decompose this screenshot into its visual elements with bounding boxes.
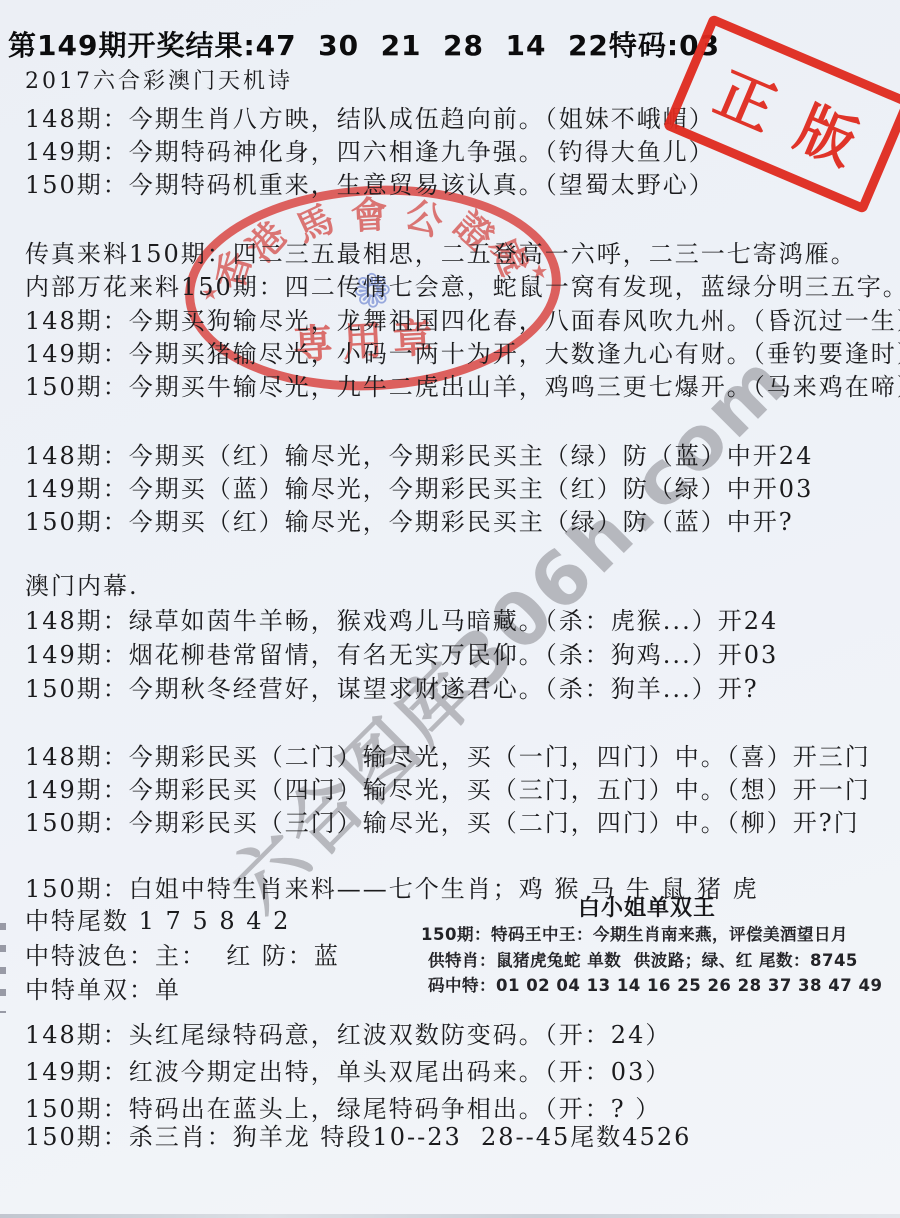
baijie-tail-line: 中特尾数 1 7 5 8 4 2 — [25, 901, 290, 936]
wave-line-148: 148期：头红尾绿特码意，红波双数防变码。（开：24） — [25, 1015, 671, 1050]
doors-line-150: 150期：今期彩民买（三门）输尽光，买（二门，四门）中。（柳）开?门 — [25, 803, 860, 838]
doors-line-149: 149期：今期彩民买（四门）输尽光，买（三门，五门）中。（想）开一门 — [25, 770, 871, 805]
colorbuy-line-149: 149期：今期买（蓝）输尽光，今期彩民买主（红）防（绿）中开03 — [25, 469, 813, 504]
colorbuy-line-150: 150期：今期买（红）输尽光，今期彩民买主（绿）防（蓝）中开? — [25, 502, 794, 537]
danshuangwang-line-1: 150期：特码王中王：今期生肖南来燕，评偿美酒望日月 — [421, 921, 848, 945]
danshuangwang-line-3: 码中特：01 02 04 13 14 16 25 26 28 37 38 47 … — [428, 972, 882, 996]
scan-artifact — [0, 923, 6, 1013]
internal-material-line: 内部万花来料150期：四二传情七会意，蛇鼠一窝有发现，蓝绿分明三五字。 — [25, 267, 900, 302]
baijie-wave-line: 中特波色：主： 红 防：蓝 — [25, 936, 340, 971]
poem-line-150: 150期：今期特码机重来，生意贸易该认真。（望蜀太野心） — [25, 165, 715, 200]
colorbuy-line-148: 148期：今期买（红）输尽光，今期彩民买主（绿）防（蓝）中开24 — [25, 436, 813, 471]
baijie-danshuang-line: 中特单双：单 — [25, 970, 181, 1005]
neimu-line-149: 149期：烟花柳巷常留情，有名无实万民仰。（杀：狗鸡...）开03 — [25, 635, 778, 670]
wave-line-149: 149期：红波今期定出特，单头双尾出码来。（开：03） — [25, 1052, 671, 1087]
poem-line-149: 149期：今期特码神化身，四六相逢九争强。（钓得大鱼儿） — [25, 132, 715, 167]
danshuangwang-title: 白小姐单双王 — [578, 891, 716, 922]
shujinguang-line-150: 150期：今期买牛输尽光，九牛二虎出山羊，鸡鸣三更七爆开。（马来鸡在啼） — [25, 367, 900, 402]
danshuangwang-line-2: 供特肖：鼠猪虎兔蛇 单数 供波路；绿、红 尾数：8745 — [428, 947, 858, 971]
shujinguang-line-149: 149期：今期买猪输尽光，小码一两十为开，大数逢九心有财。（垂钓要逢时） — [25, 334, 900, 369]
neimu-line-148: 148期：绿草如茵牛羊畅，猴戏鸡儿马暗藏。（杀：虎猴...）开24 — [25, 601, 778, 636]
sha-sanxiao-line: 150期：杀三肖：狗羊龙 特段10--23 28--45尾数4526 — [25, 1117, 691, 1152]
shujinguang-line-148: 148期：今期买狗输尽光，龙舞祖国四化春，八面春风吹九州。（昏沉过一生） — [25, 301, 900, 336]
zhengban-stamp-text: 正版 — [704, 47, 899, 193]
page-bottom-edge — [0, 1214, 900, 1218]
fax-material-line: 传真来料150期：四二三五最相思，二五登高一六呼，二三一七寄鸿雁。 — [25, 234, 857, 269]
neimu-title: 澳门内幕. — [25, 566, 139, 601]
poem-line-148: 148期：今期生肖八方映，结队成伍趋向前。（姐妹不峨嵋） — [25, 99, 715, 134]
draw-result-header: 第149期开奖结果:47 30 21 28 14 22特码:03 — [8, 24, 720, 64]
poem-title: 2017六合彩澳门天机诗 — [25, 64, 293, 95]
lottery-tip-sheet: 香 港 馬 會 公 證 處 ★ ★ ❁ 専用章 六合图库306h.com 第14… — [0, 0, 900, 1218]
neimu-line-150: 150期：今期秋冬经营好，谋望求财遂君心。（杀：狗羊...）开? — [25, 669, 759, 704]
doors-line-148: 148期：今期彩民买（二门）输尽光，买（一门，四门）中。（喜）开三门 — [25, 737, 871, 772]
